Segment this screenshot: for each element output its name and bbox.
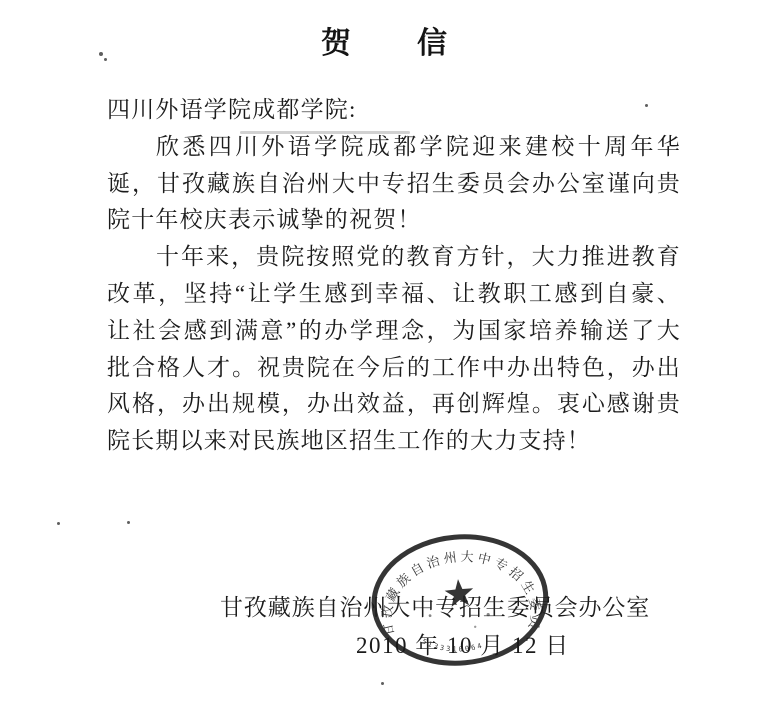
body-line: 十年来，贵院按照党的教育方针，大力推进教育 <box>107 239 681 276</box>
star-icon <box>444 578 475 607</box>
seal-serial: 5133310064 <box>420 632 485 657</box>
ink-speck <box>381 682 384 685</box>
body-line: 欣悉四川外语学院成都学院迎来建校十周年华 <box>107 129 681 166</box>
body-line: 让社会感到满意”的办学理念，为国家培养输送了大 <box>107 313 681 350</box>
ink-speck <box>127 521 130 524</box>
ink-speck <box>99 52 103 56</box>
body-line: 风格，办出规模，办出效益，再创辉煌。衷心感谢贵 <box>107 386 681 423</box>
ink-speck <box>104 58 107 61</box>
body-line: 改革，坚持“让学生感到幸福、让教职工感到自豪、 <box>107 276 681 313</box>
body-line: 院十年校庆表示诚挚的祝贺！ <box>107 202 681 239</box>
seal-arc-text: 甘孜藏族自治州大中专招生委员会办公室 <box>363 525 545 649</box>
letter-body: 四川外语学院成都学院: 欣悉四川外语学院成都学院迎来建校十周年华 诞，甘孜藏族自… <box>107 92 681 460</box>
body-line: 诞，甘孜藏族自治州大中专招生委员会办公室谨向贵 <box>107 166 681 203</box>
ink-speck <box>57 522 60 525</box>
salutation: 四川外语学院成都学院: <box>107 92 681 129</box>
body-line: 院长期以来对民族地区招生工作的大力支持！ <box>107 423 681 460</box>
official-seal: 甘孜藏族自治州大中专招生委员会办公室 5133310064 <box>363 525 556 678</box>
body-line: 批合格人才。祝贵院在今后的工作中办出特色，办出 <box>107 350 681 387</box>
seal-noise <box>474 625 477 628</box>
seal-noise <box>486 613 489 616</box>
seal-noise <box>429 614 432 617</box>
page-title: 贺 信 <box>0 18 770 62</box>
scanned-letter-page: 贺 信 四川外语学院成都学院: 欣悉四川外语学院成都学院迎来建校十周年华 诞，甘… <box>0 0 780 709</box>
